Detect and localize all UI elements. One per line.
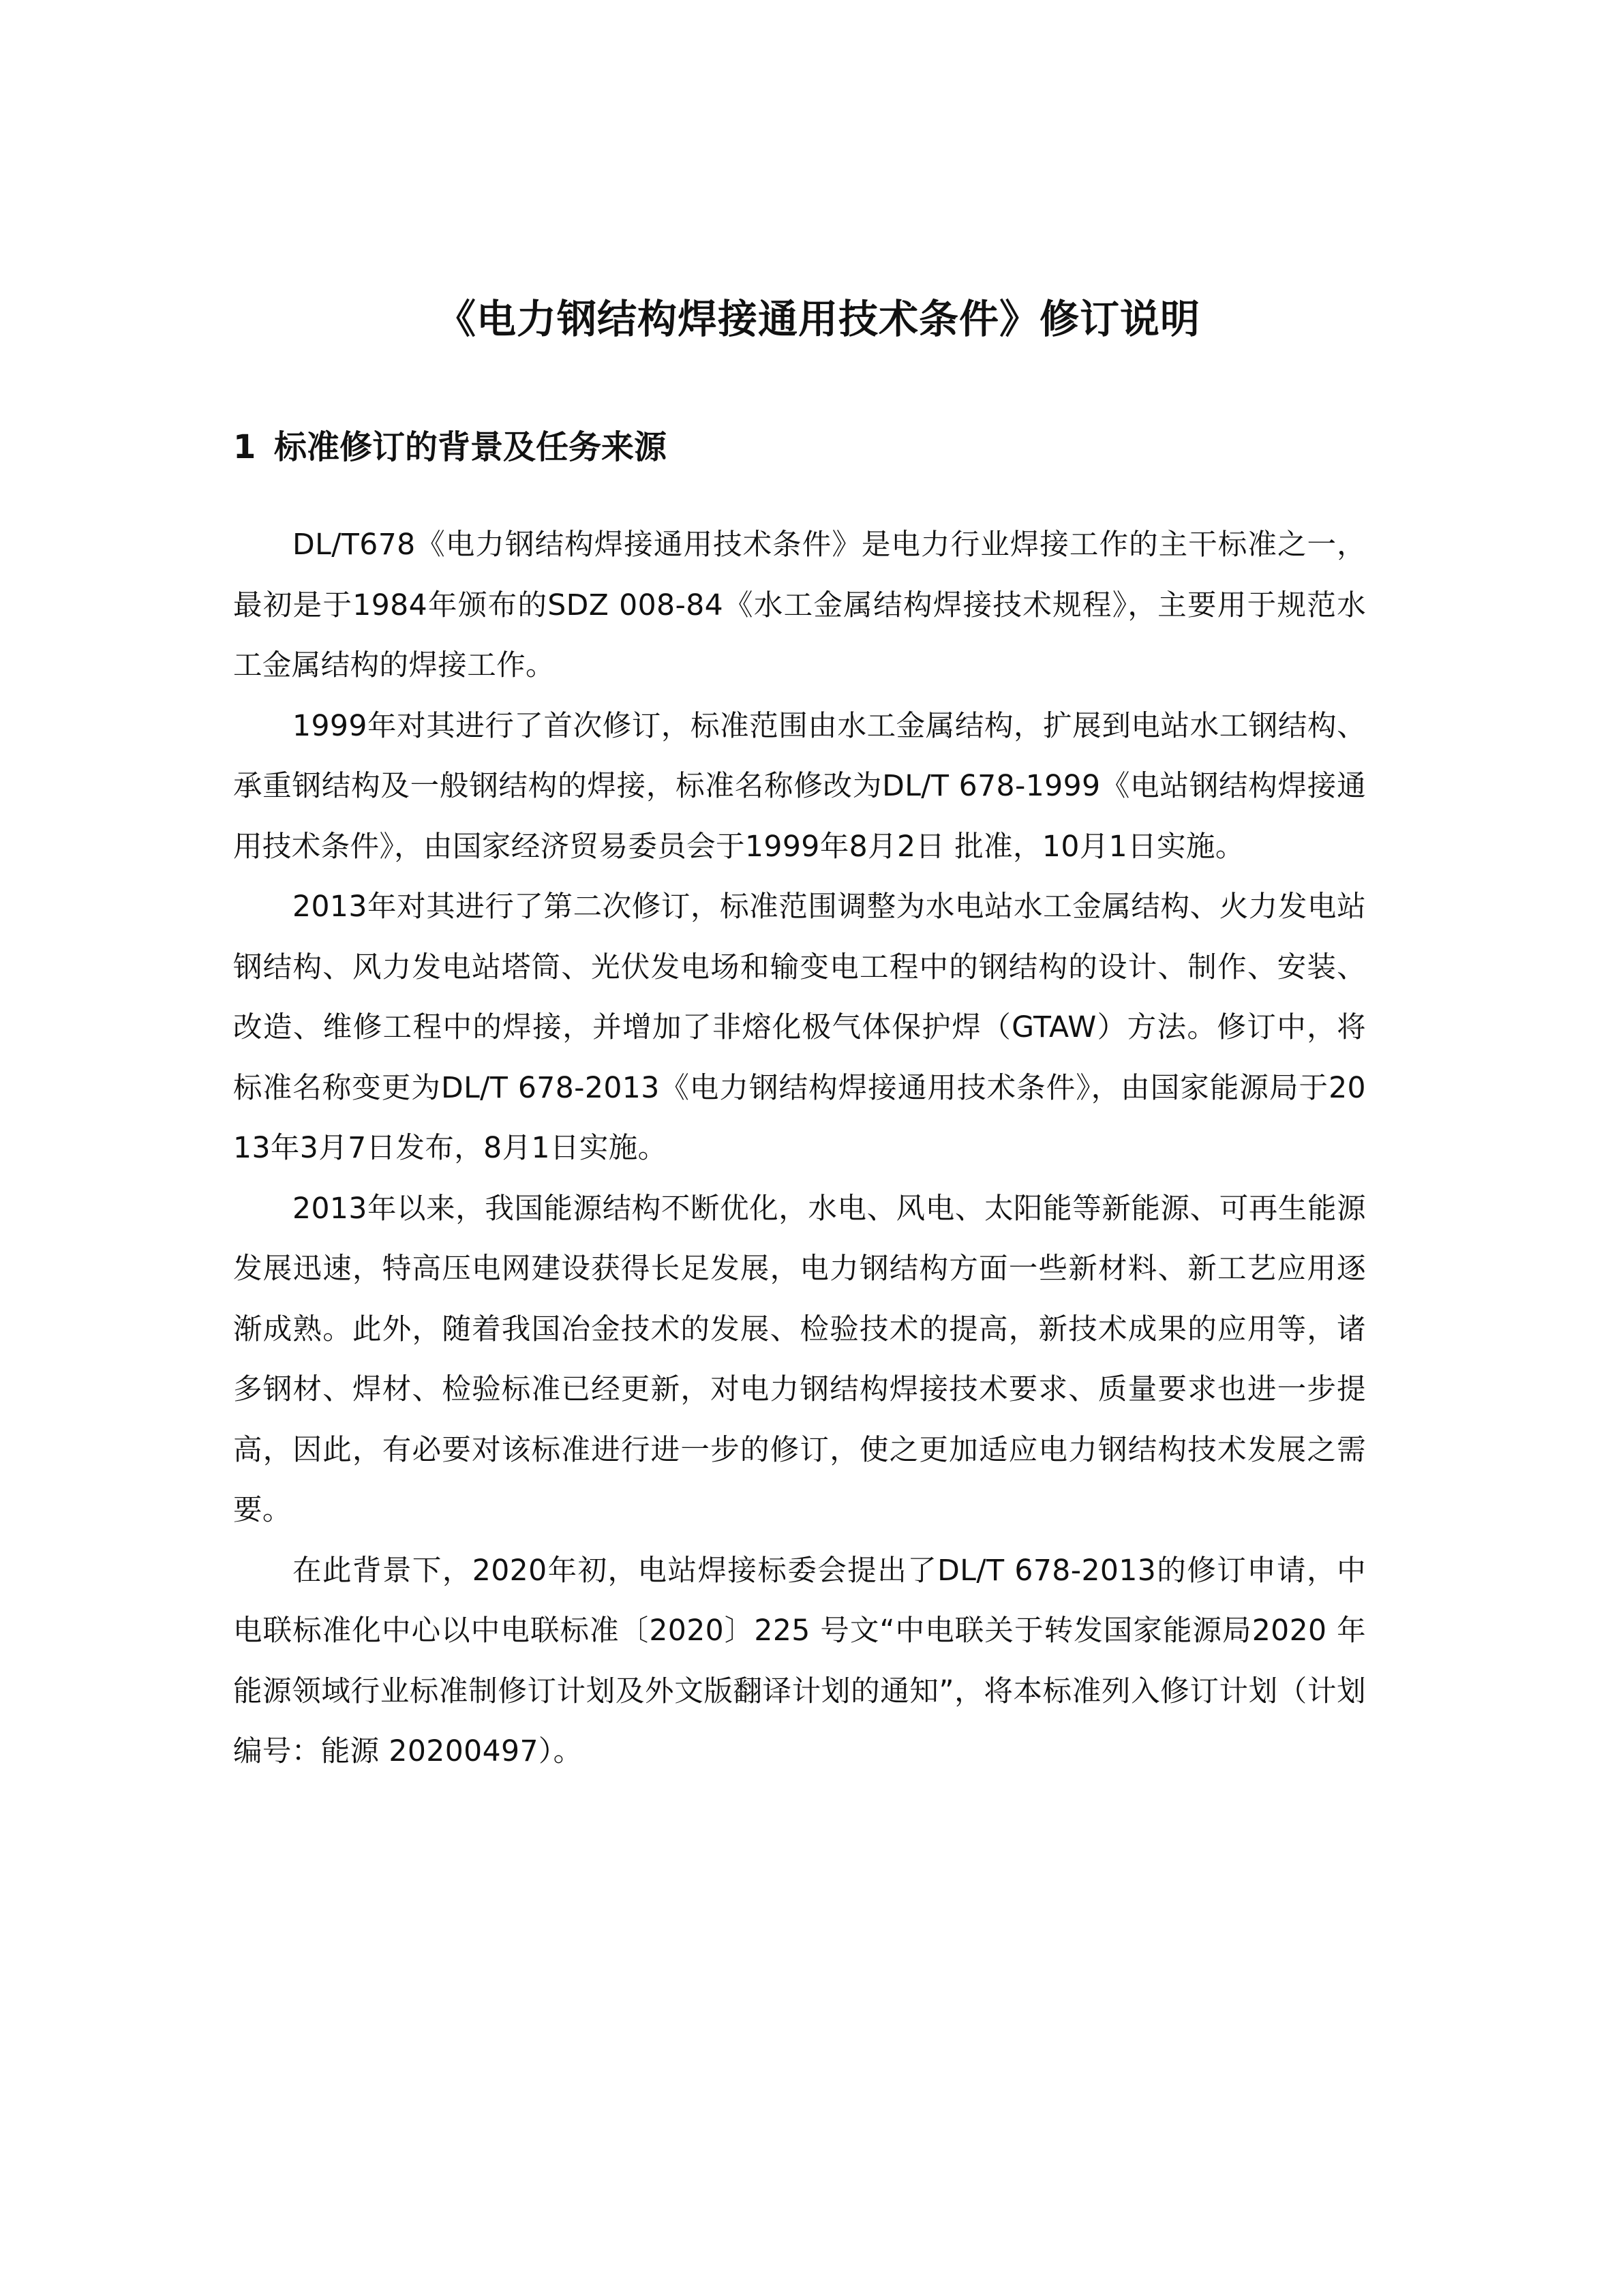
document-title: 《电力钢结构焊接通用技术条件》修订说明 bbox=[0, 292, 1623, 346]
section-body: DL/T678《电力钢结构焊接通用技术条件》是电力行业焊接工作的主干标准之一，最… bbox=[233, 515, 1366, 1783]
document-page: 《电力钢结构焊接通用技术条件》修订说明 1标准修订的背景及任务来源 DL/T67… bbox=[0, 0, 1623, 2296]
paragraph-revision-need: 2013年以来，我国能源结构不断优化，水电、风电、太阳能等新能源、可再生能源发展… bbox=[233, 1179, 1366, 1541]
paragraph-history-origin: DL/T678《电力钢结构焊接通用技术条件》是电力行业焊接工作的主干标准之一，最… bbox=[233, 515, 1366, 697]
paragraph-2013-revision: 2013年对其进行了第二次修订，标准范围调整为水电站水工金属结构、火力发电站钢结… bbox=[233, 877, 1366, 1179]
paragraph-task-source: 在此背景下，2020年初，电站焊接标委会提出了DL/T 678-2013的修订申… bbox=[233, 1541, 1366, 1783]
section-number: 1 bbox=[233, 424, 274, 470]
section-heading-text: 标准修订的背景及任务来源 bbox=[274, 428, 667, 466]
paragraph-1999-revision: 1999年对其进行了首次修订，标准范围由水工金属结构，扩展到电站水工钢结构、承重… bbox=[233, 697, 1366, 878]
section-heading: 1标准修订的背景及任务来源 bbox=[233, 424, 667, 470]
